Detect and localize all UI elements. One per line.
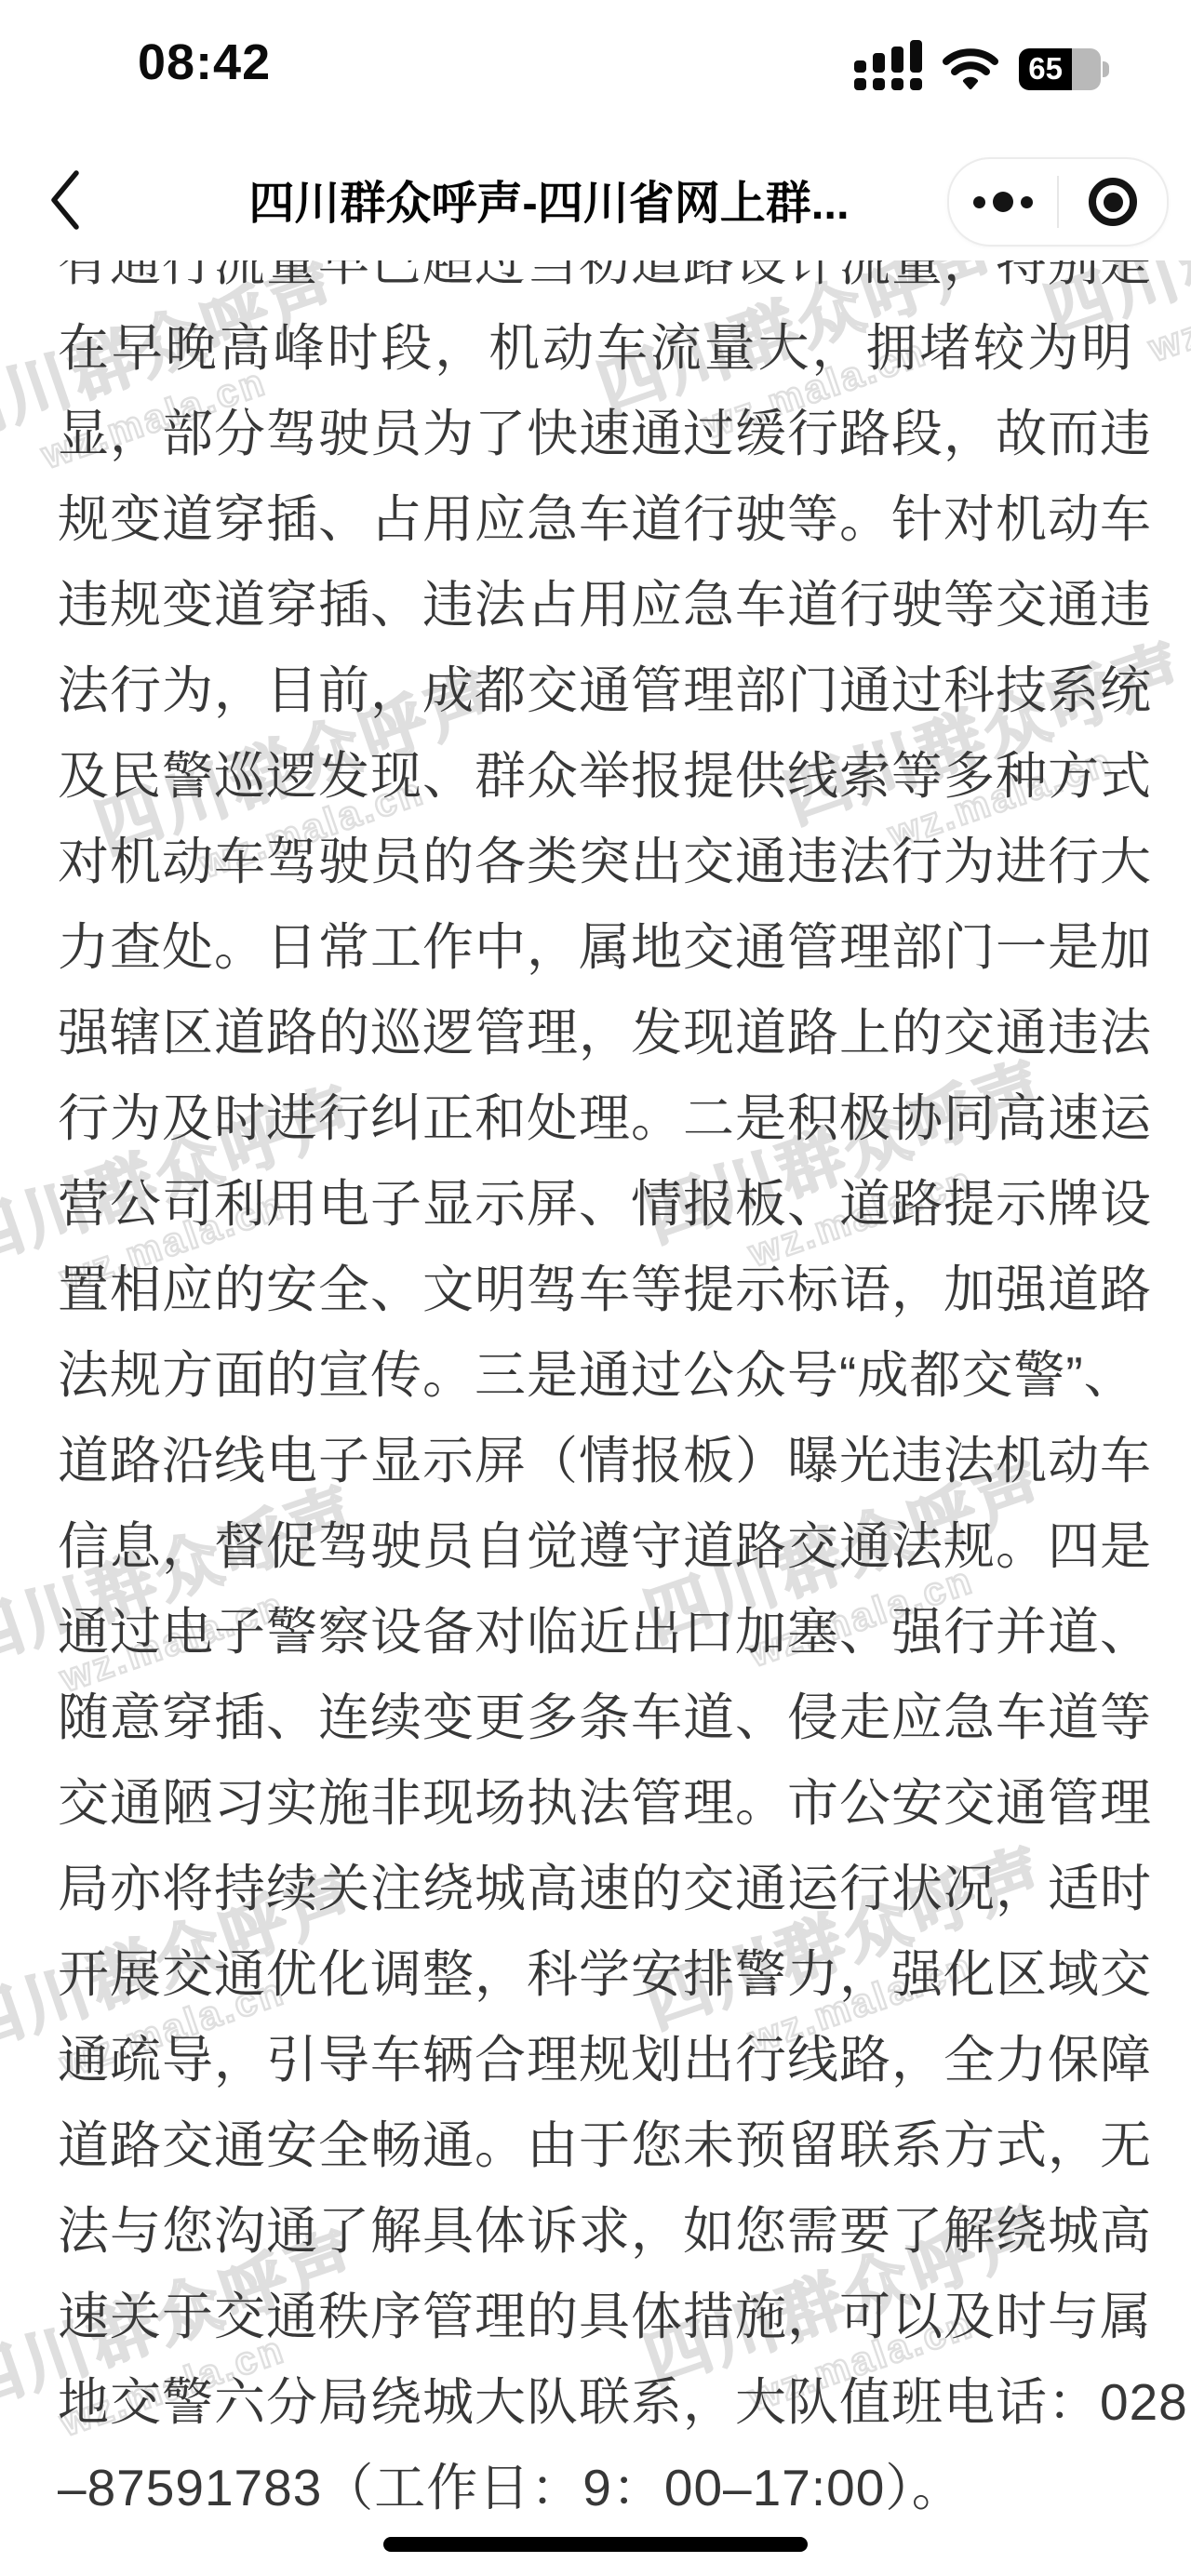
body-text-line: 及民警巡逻发现、群众举报提供线索等多种方式 bbox=[58, 733, 1133, 819]
battery-nub bbox=[1103, 61, 1109, 77]
battery-icon: 65 bbox=[1019, 48, 1109, 90]
body-text-line: 力查处。日常工作中，属地交通管理部门一是加 bbox=[58, 904, 1133, 990]
body-text-line: 强辖区道路的巡逻管理，发现道路上的交通违法 bbox=[58, 990, 1133, 1075]
body-text-line: 地交警六分局绕城大队联系，大队值班电话：028 bbox=[58, 2359, 1133, 2445]
battery-fill: 65 bbox=[1019, 48, 1072, 90]
body-text-line: 法与您沟通了解具体诉求，如您需要了解绕城高 bbox=[58, 2188, 1133, 2274]
body-text-line: 通过电子警察设备对临近出口加塞、强行并道、 bbox=[58, 1589, 1133, 1675]
body-text-line: 对机动车驾驶员的各类突出交通违法行为进行大 bbox=[58, 819, 1133, 904]
more-dots-icon bbox=[973, 196, 985, 208]
body-text-line: 在早晚高峰时段，机动车流量大，拥堵较为明 bbox=[58, 305, 1133, 391]
body-text-line: 显，部分驾驶员为了快速通过缓行路段，故而违 bbox=[58, 391, 1133, 476]
body-text-line: 局亦将持续关注绕城高速的交通运行状况，适时 bbox=[58, 1846, 1133, 1931]
miniprogram-exit-icon bbox=[1089, 178, 1137, 226]
body-text-line: 通疏导，引导车辆合理规划出行线路，全力保障 bbox=[58, 2017, 1133, 2102]
body-text-line: 置相应的安全、文明驾车等提示标语，加强道路 bbox=[58, 1247, 1133, 1332]
body-text-line: 道路交通安全畅通。由于您未预留联系方式，无 bbox=[58, 2102, 1133, 2188]
page-title: 四川群众呼声-四川省网上群... bbox=[167, 140, 930, 260]
wifi-icon bbox=[943, 47, 998, 90]
back-chevron-icon bbox=[49, 169, 81, 231]
body-text-line: 信息，督促驾驶员自觉遵守道路交通法规。四是 bbox=[58, 1503, 1133, 1589]
battery-percent: 65 bbox=[1028, 51, 1063, 87]
body-text-line: 行为及时进行纠正和处理。二是积极协同高速运 bbox=[58, 1075, 1133, 1161]
article-body[interactable]: 有通行流量早已超过当初道路设计流量，特别是在早晚高峰时段，机动车流量大，拥堵较为… bbox=[58, 220, 1133, 2530]
body-text-line: 道路沿线电子显示屏（情报板）曝光违法机动车 bbox=[58, 1418, 1133, 1503]
status-icons: 65 bbox=[854, 47, 1109, 91]
more-menu-button[interactable] bbox=[949, 159, 1057, 245]
body-text-line: 法规方面的宣传。三是通过公众号“成都交警”、 bbox=[58, 1332, 1133, 1418]
miniprogram-exit-button[interactable] bbox=[1059, 159, 1167, 245]
miniprogram-capsule bbox=[947, 157, 1169, 247]
cellular-signal-icon bbox=[854, 47, 922, 90]
body-text-line: 交通陋习实施非现场执法管理。市公安交通管理 bbox=[58, 1760, 1133, 1846]
body-text-line: 违规变道穿插、违法占用应急车道行驶等交通违 bbox=[58, 562, 1133, 647]
home-indicator-bar[interactable] bbox=[383, 2537, 808, 2552]
body-text-line: 速关于交通秩序管理的具体措施，可以及时与属 bbox=[58, 2274, 1133, 2359]
body-text-line: 规变道穿插、占用应急车道行驶等。针对机动车 bbox=[58, 476, 1133, 562]
back-button[interactable] bbox=[37, 156, 93, 244]
body-text-line: 随意穿插、连续变更多条车道、侵走应急车道等 bbox=[58, 1675, 1133, 1760]
body-text-line: 法行为，目前，成都交通管理部门通过科技系统 bbox=[58, 647, 1133, 733]
status-bar: 08:42 65 bbox=[0, 0, 1191, 140]
nav-bar: 四川群众呼声-四川省网上群... bbox=[0, 140, 1191, 260]
body-text-line: 营公司利用电子显示屏、情报板、道路提示牌设 bbox=[58, 1161, 1133, 1247]
body-text-line: 开展交通优化调整，科学安排警力，强化区域交 bbox=[58, 1931, 1133, 2017]
body-text-line: –87591783（工作日：9：00–17:00）。 bbox=[58, 2445, 1133, 2530]
clock: 08:42 bbox=[138, 33, 271, 91]
